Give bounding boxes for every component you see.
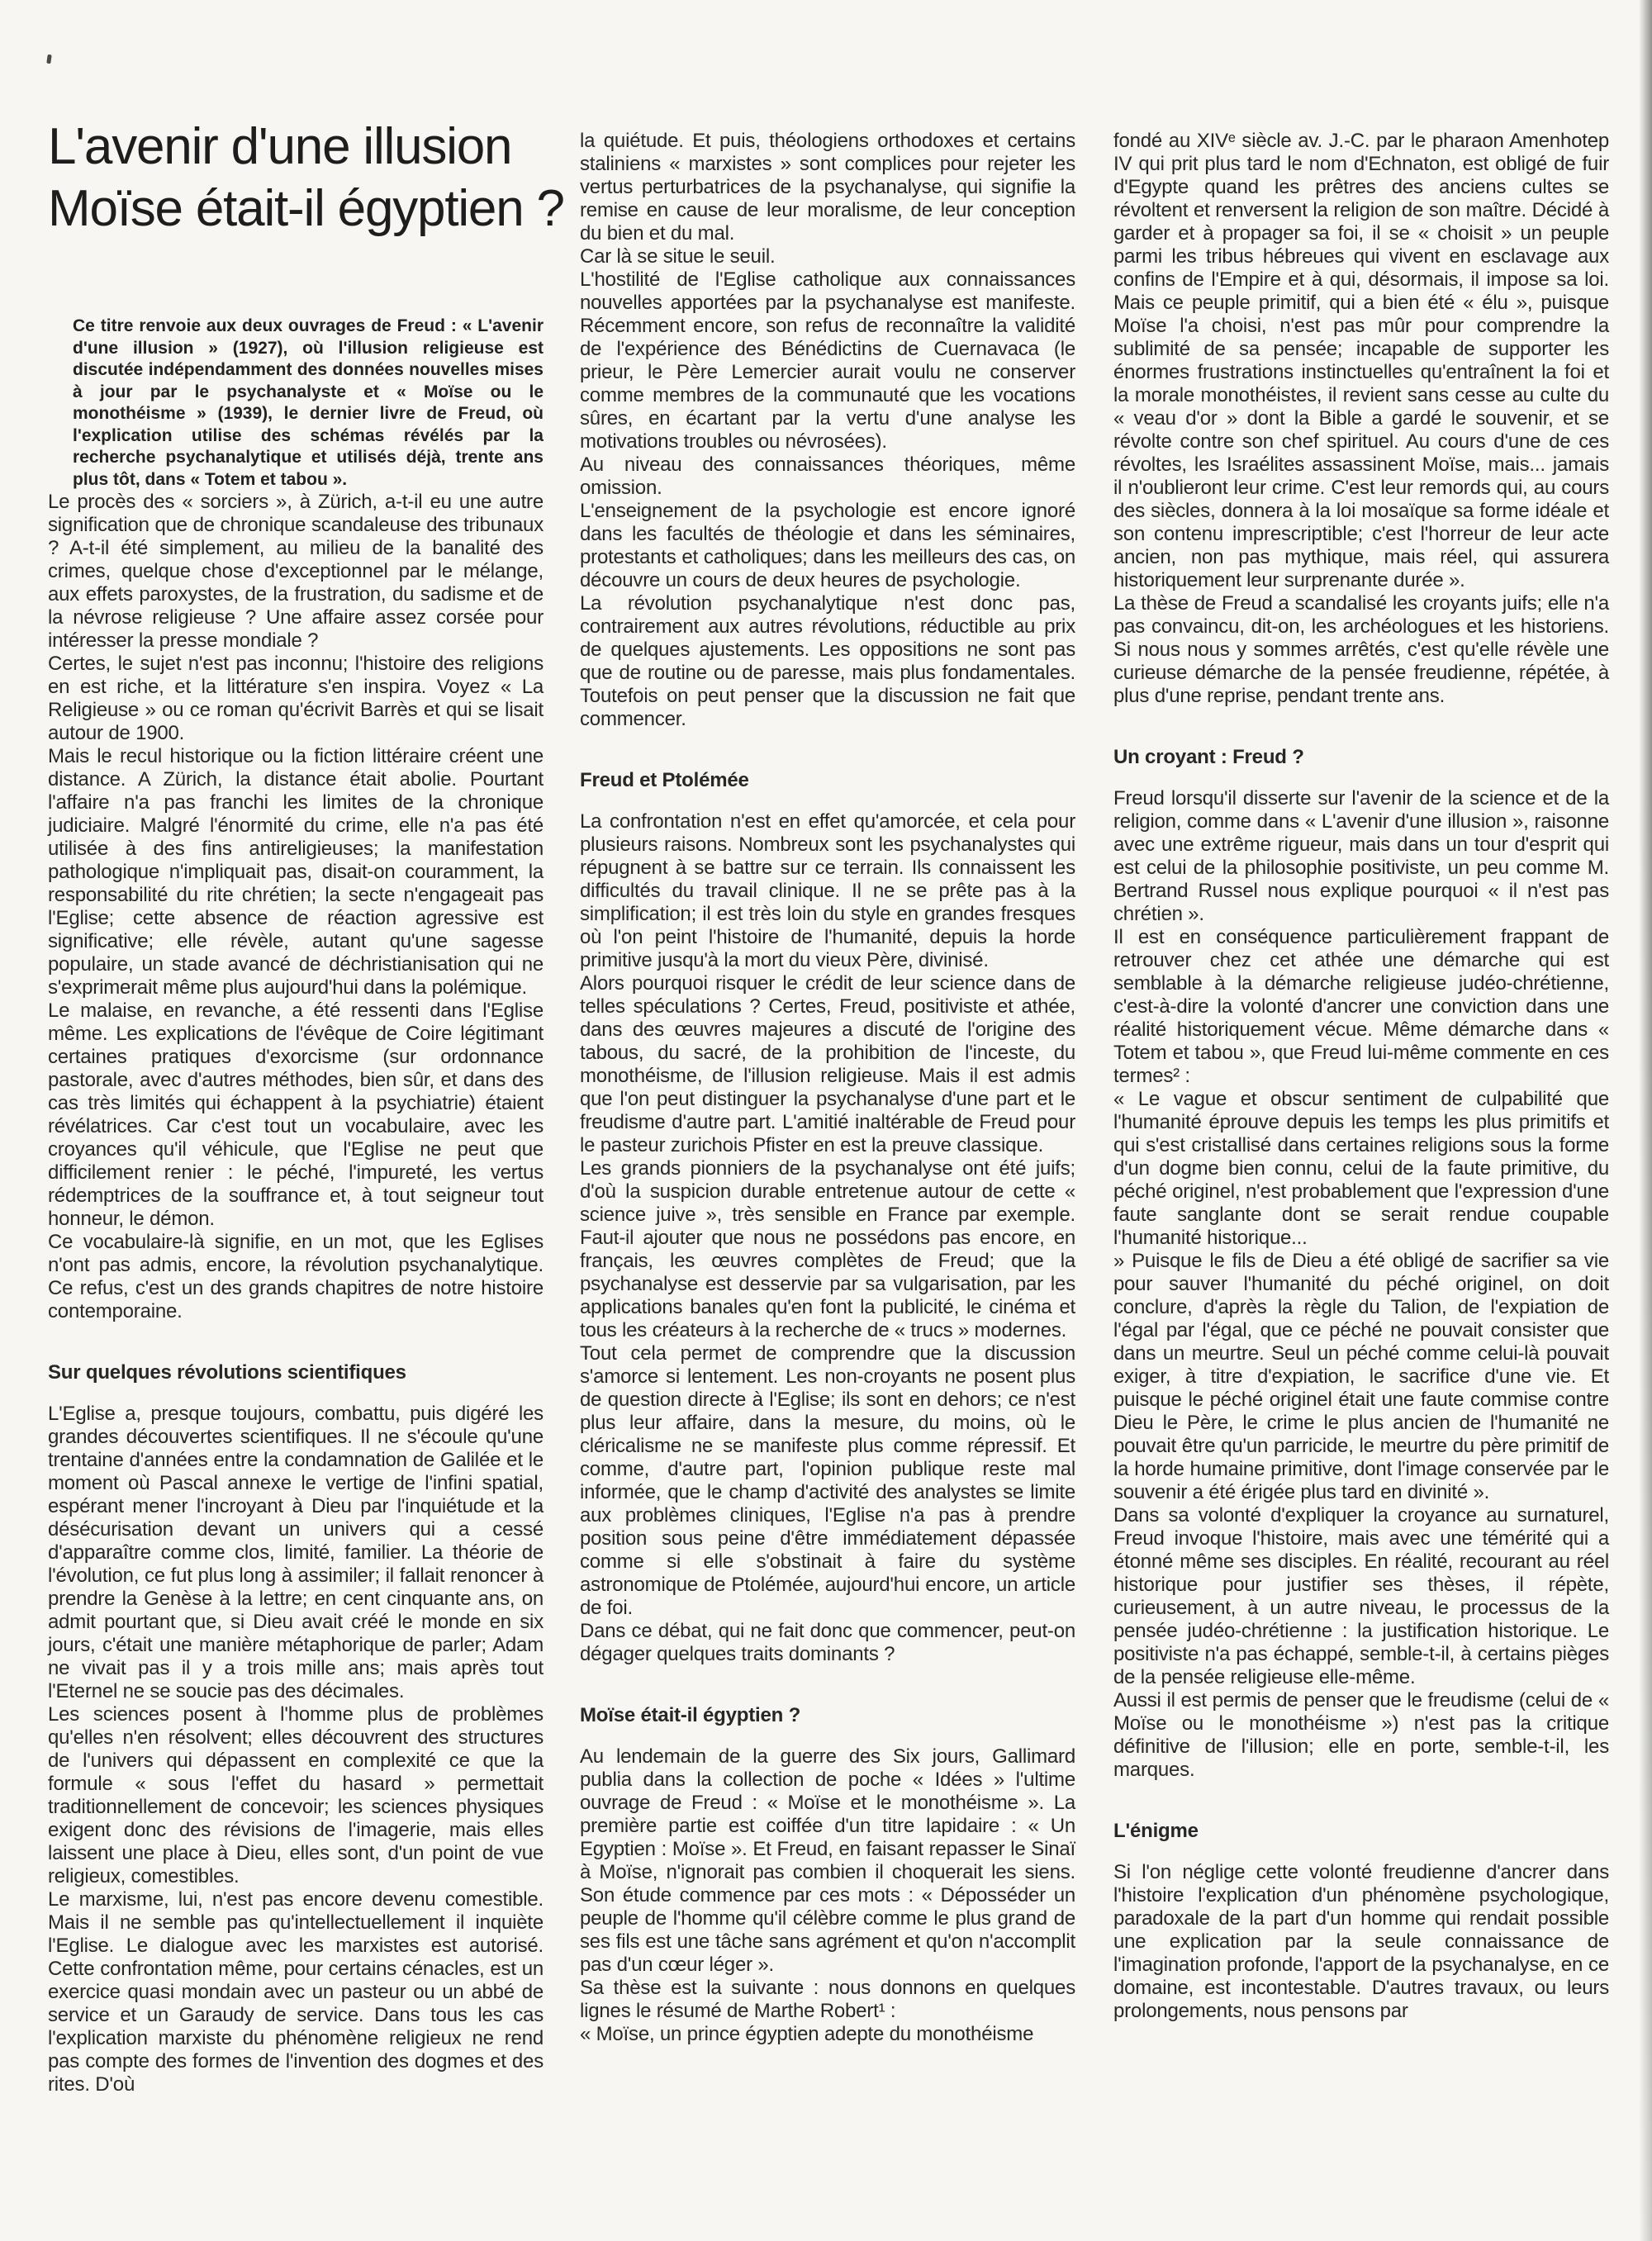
- article-title: L'avenir d'une illusion Moïse était-il é…: [48, 116, 544, 240]
- magazine-page: L'avenir d'une illusion Moïse était-il é…: [0, 0, 1652, 2241]
- page-edge-shadow: [1639, 0, 1652, 2241]
- paragraph: Sa thèse est la suivante : nous donnons …: [580, 1977, 1075, 2023]
- paragraph: Mais le recul historique ou la fiction l…: [48, 745, 544, 999]
- quote-paragraph: « Le vague et obscur sentiment de culpab…: [1113, 1088, 1609, 1250]
- paragraph: Freud lorsqu'il disserte sur l'avenir de…: [1113, 787, 1609, 926]
- paragraph: Le procès des « sorciers », à Zürich, a-…: [48, 491, 544, 653]
- intro-paragraph: Ce titre renvoie aux deux ouvrages de Fr…: [73, 316, 544, 491]
- paragraph: Au niveau des connaissances théoriques, …: [580, 453, 1075, 500]
- paragraph: Le marxisme, lui, n'est pas encore deven…: [48, 1888, 544, 2096]
- paragraph: L'Eglise a, presque toujours, combattu, …: [48, 1403, 544, 1703]
- paragraph: L'hostilité de l'Eglise catholique aux c…: [580, 268, 1075, 453]
- section-heading-freud-ptolemee: Freud et Ptolémée: [580, 769, 1075, 792]
- section-heading-revolutions: Sur quelques révolutions scientifiques: [48, 1361, 544, 1384]
- paragraph: La thèse de Freud a scandalisé les croya…: [1113, 592, 1609, 708]
- paragraph: L'enseignement de la psychologie est enc…: [580, 500, 1075, 592]
- paragraph: Il est en conséquence particulièrement f…: [1113, 926, 1609, 1088]
- paragraph: la quiétude. Et puis, théologiens orthod…: [580, 130, 1075, 245]
- title-line-2: Moïse était-il égyptien ?: [48, 178, 544, 240]
- quote-paragraph: » Puisque le fils de Dieu a été obligé d…: [1113, 1250, 1609, 1504]
- paragraph: Alors pourquoi risquer le crédit de leur…: [580, 972, 1075, 1157]
- paragraph: fondé au XIVᵉ siècle av. J.-C. par le ph…: [1113, 130, 1609, 592]
- section-heading-un-croyant-freud: Un croyant : Freud ?: [1113, 746, 1609, 769]
- column-1: L'avenir d'une illusion Moïse était-il é…: [48, 116, 544, 2096]
- paragraph: Aussi il est permis de penser que le fre…: [1113, 1689, 1609, 1782]
- paragraph: Les sciences posent à l'homme plus de pr…: [48, 1703, 544, 1888]
- scan-ink-speck: [46, 55, 51, 64]
- paragraph: Au lendemain de la guerre des Six jours,…: [580, 1745, 1075, 1977]
- paragraph: Ce vocabulaire-là signifie, en un mot, q…: [48, 1231, 544, 1323]
- paragraph: La confrontation n'est en effet qu'amorc…: [580, 810, 1075, 972]
- paragraph: Dans sa volonté d'expliquer la croyance …: [1113, 1504, 1609, 1689]
- paragraph: Le malaise, en revanche, a été ressenti …: [48, 999, 544, 1231]
- paragraph: « Moïse, un prince égyptien adepte du mo…: [580, 2023, 1075, 2046]
- section-heading-moise-egyptien: Moïse était-il égyptien ?: [580, 1704, 1075, 1727]
- paragraph: Dans ce débat, qui ne fait donc que comm…: [580, 1620, 1075, 1666]
- title-line-1: L'avenir d'une illusion: [48, 116, 544, 178]
- column-3: fondé au XIVᵉ siècle av. J.-C. par le ph…: [1113, 130, 1609, 2023]
- paragraph: Tout cela permet de comprendre que la di…: [580, 1342, 1075, 1620]
- paragraph: La révolution psychanalytique n'est donc…: [580, 592, 1075, 731]
- paragraph: Car là se situe le seuil.: [580, 245, 1075, 268]
- paragraph: Les grands pionniers de la psychanalyse …: [580, 1157, 1075, 1342]
- section-heading-enigme: L'énigme: [1113, 1820, 1609, 1843]
- paragraph: Certes, le sujet n'est pas inconnu; l'hi…: [48, 653, 544, 745]
- column-2: la quiétude. Et puis, théologiens orthod…: [580, 130, 1075, 2046]
- paragraph: Si l'on néglige cette volonté freudienne…: [1113, 1861, 1609, 2023]
